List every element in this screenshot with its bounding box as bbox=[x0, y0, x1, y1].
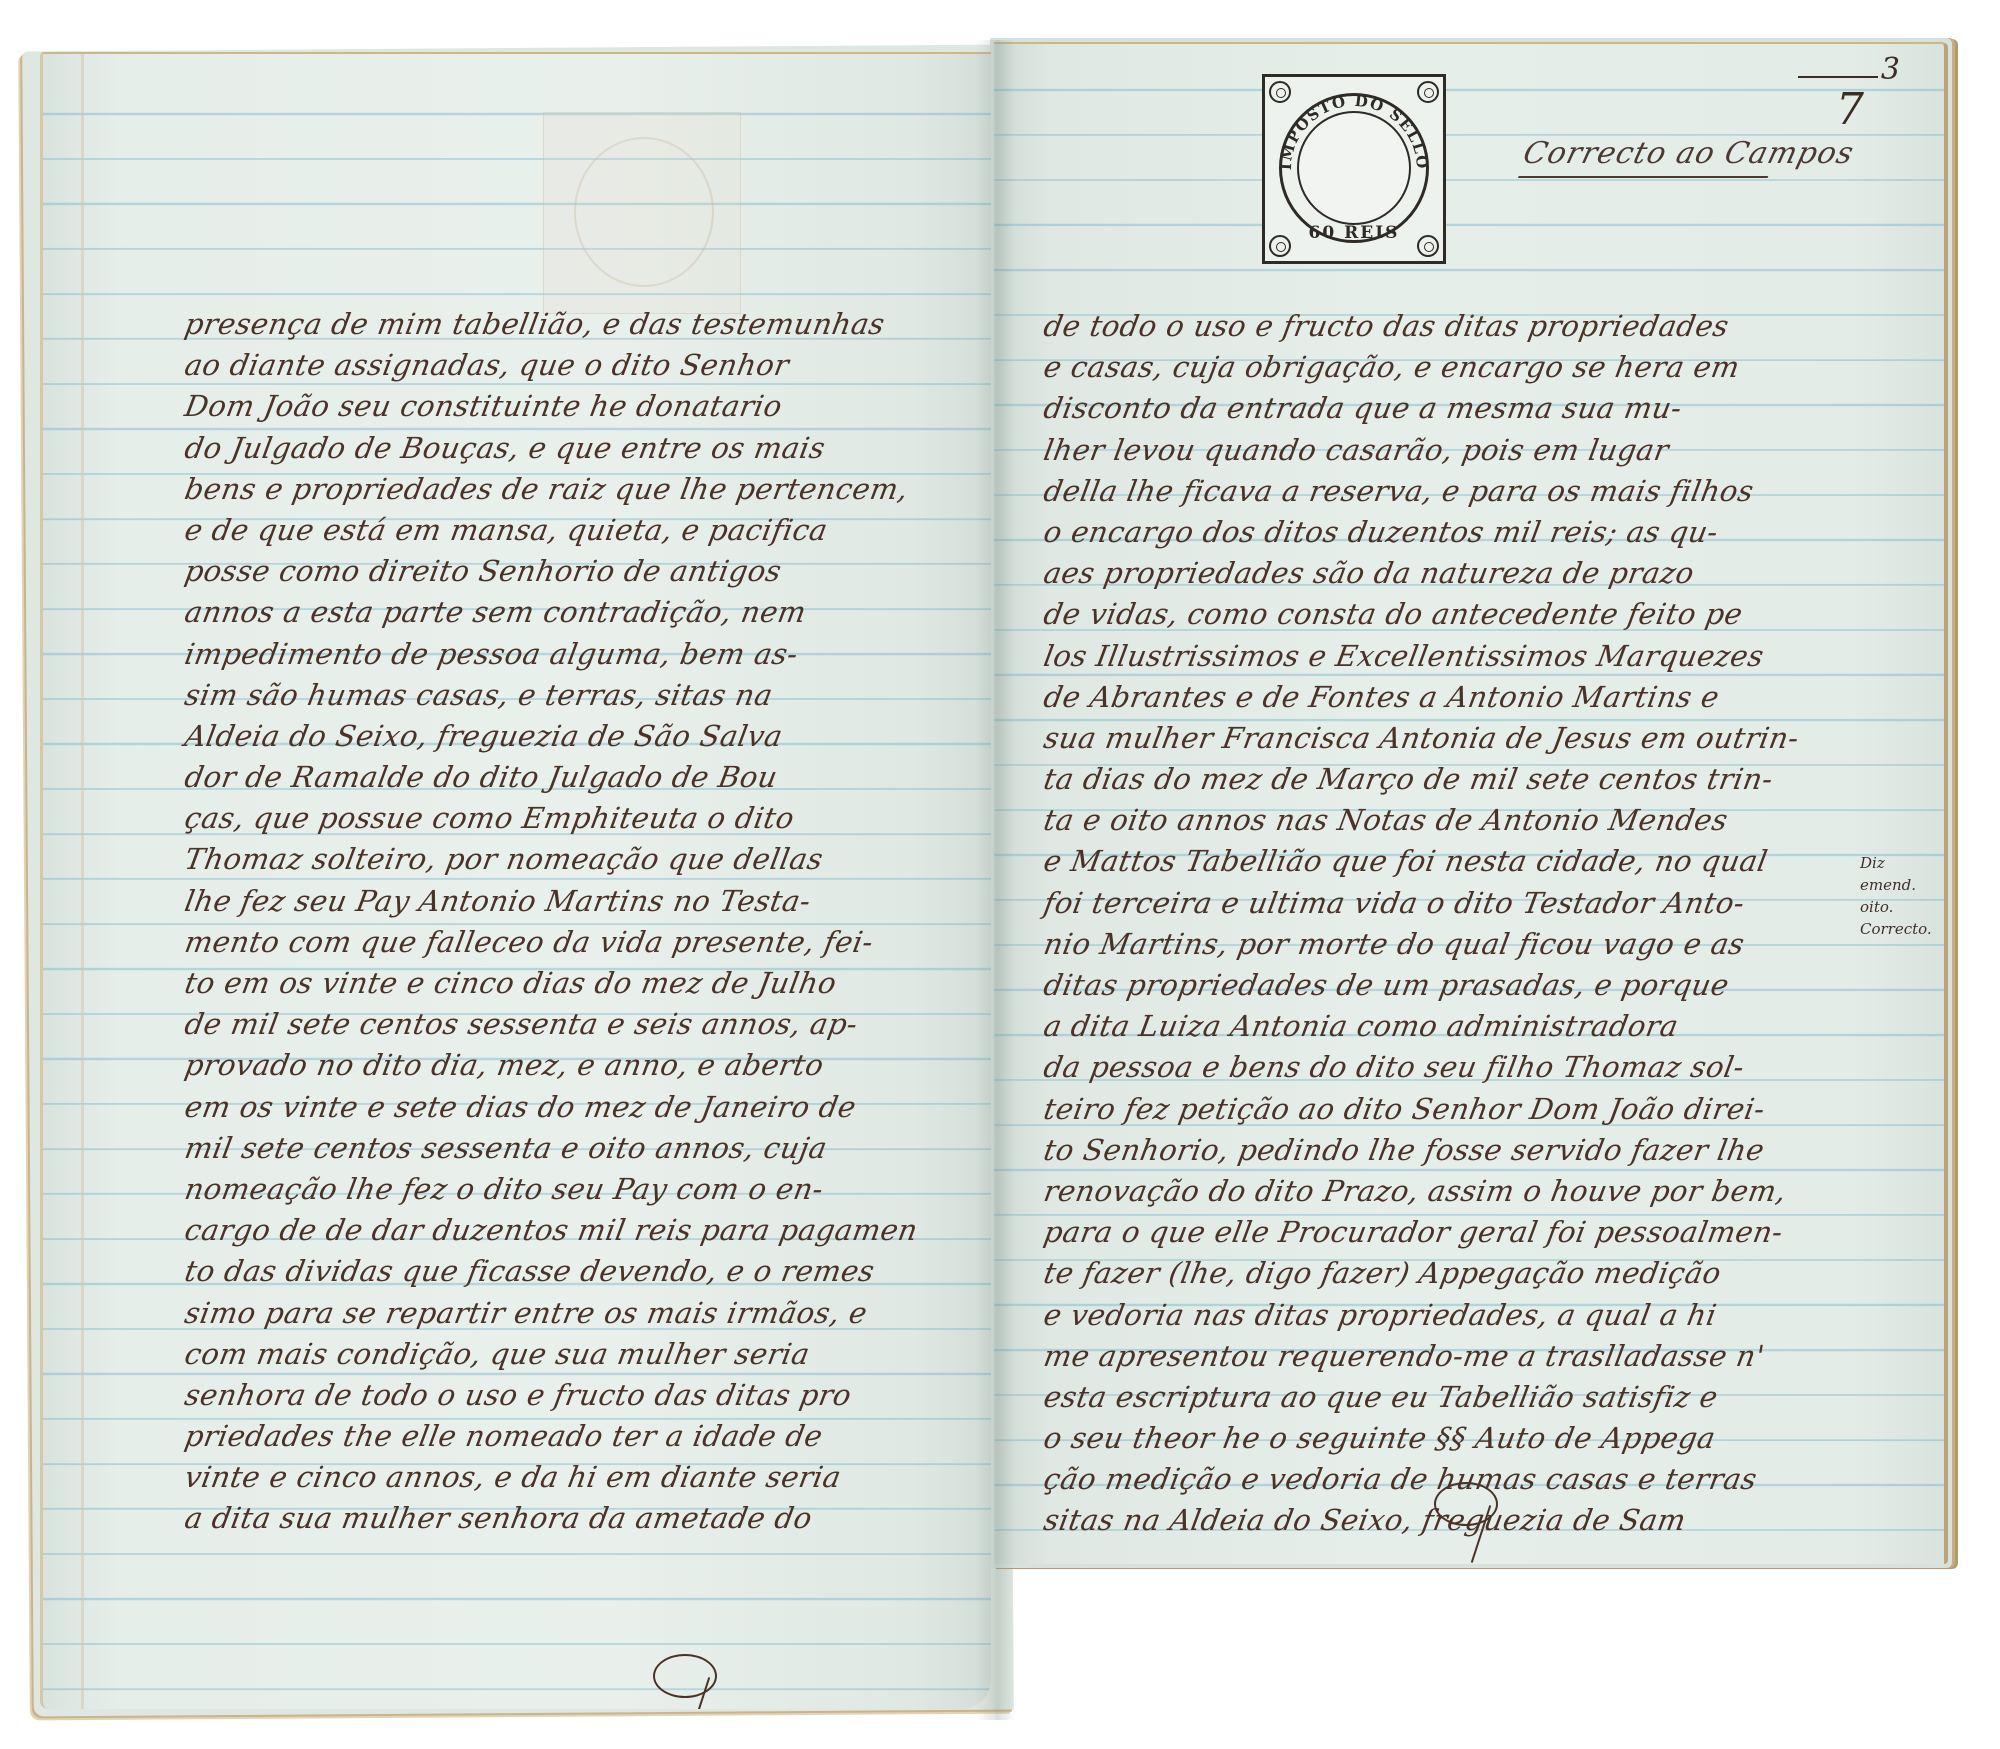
book-gutter bbox=[975, 40, 1015, 1720]
text-line: para o que elle Procurador geral foi pes… bbox=[1040, 1212, 1867, 1253]
left-page: presença de mim tabellião, e das testemu… bbox=[40, 52, 991, 1709]
text-line: lhe fez seu Pay Antonio Martins no Testa… bbox=[181, 881, 988, 922]
margin-rule bbox=[81, 54, 84, 1709]
text-line: e casas, cuja obrigação, e encargo se he… bbox=[1040, 347, 1867, 388]
text-line: teiro fez petição ao dito Senhor Dom Joã… bbox=[1040, 1089, 1867, 1130]
text-line: disconto da entrada que a mesma sua mu- bbox=[1040, 388, 1867, 429]
text-line: da pessoa e bens do dito seu filho Thoma… bbox=[1040, 1047, 1867, 1088]
text-line: to das dividas que ficasse devendo, e o … bbox=[181, 1251, 988, 1292]
stamp-bleed-ring bbox=[574, 137, 714, 287]
text-line: Thomaz solteiro, por nomeação que dellas bbox=[181, 839, 988, 880]
text-line: e Mattos Tabellião que foi nesta cidade,… bbox=[1040, 841, 1867, 882]
text-line: e de que está em mansa, quieta, e pacifi… bbox=[181, 510, 988, 551]
text-line: priedades the elle nomeado ter a idade d… bbox=[181, 1416, 988, 1457]
text-line: me apresentou requerendo-me a traslladas… bbox=[1040, 1336, 1867, 1377]
text-line: to Senhorio, pedindo lhe fosse servido f… bbox=[1040, 1130, 1867, 1171]
text-line: bens e propriedades de raiz que lhe pert… bbox=[181, 469, 988, 510]
text-line: nomeação lhe fez o dito seu Pay com o en… bbox=[181, 1169, 988, 1210]
right-page-text: de todo o uso e fructo das ditas proprie… bbox=[1044, 306, 1864, 1542]
text-line: foi terceira e ultima vida o dito Testad… bbox=[1040, 883, 1867, 924]
text-line: lher levou quando casarão, pois em lugar bbox=[1040, 430, 1867, 471]
margin-note-line: Correcto. bbox=[1860, 918, 1944, 940]
text-line: impedimento de pessoa alguma, bem as- bbox=[181, 634, 988, 675]
folio-number: 7 bbox=[1836, 84, 1864, 135]
text-line: sua mulher Francisca Antonia de Jesus em… bbox=[1040, 718, 1867, 759]
text-line: a dita sua mulher senhora da ametade do bbox=[181, 1498, 988, 1539]
text-line: e vedoria nas ditas propriedades, a qual… bbox=[1040, 1295, 1867, 1336]
folio-number-top: 3 bbox=[1881, 52, 1900, 87]
text-line: do Julgado de Bouças, e que entre os mai… bbox=[181, 428, 988, 469]
left-page-text: presença de mim tabellião, e das testemu… bbox=[185, 304, 985, 1540]
text-line: cargo de de dar duzentos mil reis para p… bbox=[181, 1210, 988, 1251]
closing-flourish-mark bbox=[1434, 1482, 1498, 1526]
margin-correction-note: Diz emend. oito. Correcto. bbox=[1860, 852, 1944, 940]
text-line: ta dias do mez de Março de mil sete cent… bbox=[1040, 759, 1867, 800]
revenue-stamp: IMPOSTO DO SELLO 60 REIS bbox=[1262, 74, 1446, 264]
text-line: posse como direito Senhorio de antigos bbox=[181, 551, 988, 592]
text-line: de todo o uso e fructo das ditas proprie… bbox=[1040, 306, 1867, 347]
text-line: ao diante assignadas, que o dito Senhor bbox=[181, 345, 988, 386]
text-line: annos a esta parte sem contradição, nem bbox=[181, 592, 988, 633]
text-line: de vidas, como consta do antecedente fei… bbox=[1040, 594, 1867, 635]
text-line: mil sete centos sessenta e oito annos, c… bbox=[181, 1128, 988, 1169]
text-line: sim são humas casas, e terras, sitas na bbox=[181, 675, 988, 716]
text-line: los Illustrissimos e Excellentissimos Ma… bbox=[1040, 636, 1867, 677]
text-line: a dita Luiza Antonia como administradora bbox=[1040, 1006, 1867, 1047]
text-line: te fazer (lhe, digo fazer) Appegação med… bbox=[1040, 1253, 1867, 1294]
text-line: vinte e cinco annos, e da hi em diante s… bbox=[181, 1457, 988, 1498]
text-line: della lhe ficava a reserva, e para os ma… bbox=[1040, 471, 1867, 512]
text-line: provado no dito dia, mez, e anno, e aber… bbox=[181, 1045, 988, 1086]
text-line: o encargo dos ditos duzentos mil reis; a… bbox=[1040, 512, 1867, 553]
text-line: presença de mim tabellião, e das testemu… bbox=[181, 304, 988, 345]
text-line: to em os vinte e cinco dias do mez de Ju… bbox=[181, 963, 988, 1004]
text-line: Dom João seu constituinte he donatario bbox=[181, 386, 988, 427]
text-line: de mil sete centos sessenta e seis annos… bbox=[181, 1004, 988, 1045]
margin-note-line: Diz emend. bbox=[1860, 852, 1944, 896]
text-line: aes propriedades são da natureza de praz… bbox=[1040, 553, 1867, 594]
svg-text:IMPOSTO DO SELLO: IMPOSTO DO SELLO bbox=[1277, 92, 1431, 171]
stamp-value: 60 REIS bbox=[1265, 223, 1443, 243]
text-line: em os vinte e sete dias do mez de Janeir… bbox=[181, 1087, 988, 1128]
text-line: o seu theor he o seguinte §§ Auto de App… bbox=[1040, 1418, 1867, 1459]
text-line: renovação do dito Prazo, assim o houve p… bbox=[1040, 1171, 1867, 1212]
text-line: simo para se repartir entre os mais irmã… bbox=[181, 1293, 988, 1334]
text-line: senhora de todo o uso e fructo das ditas… bbox=[181, 1375, 988, 1416]
open-ledger-book: presença de mim tabellião, e das testemu… bbox=[0, 0, 2000, 1749]
text-line: dor de Ramalde do dito Julgado de Bou bbox=[181, 757, 988, 798]
text-line: com mais condição, que sua mulher seria bbox=[181, 1334, 988, 1375]
text-line: esta escriptura ao que eu Tabellião sati… bbox=[1040, 1377, 1867, 1418]
text-line: ditas propriedades de um prasadas, e por… bbox=[1040, 965, 1867, 1006]
right-page: IMPOSTO DO SELLO 60 REIS Correcto ao Cam… bbox=[994, 42, 1948, 1564]
text-line: de Abrantes e de Fontes a Antonio Martin… bbox=[1040, 677, 1867, 718]
text-line: mento com que falleceo da vida presente,… bbox=[181, 922, 988, 963]
margin-note-line: oito. bbox=[1860, 896, 1944, 918]
text-line: Aldeia do Seixo, freguezia de São Salva bbox=[181, 716, 988, 757]
stamp-bleed-through bbox=[543, 112, 741, 314]
closing-flourish-mark bbox=[653, 1654, 717, 1698]
top-annotation: Correcto ao Campos bbox=[1520, 136, 1858, 171]
text-line: nio Martins, por morte do qual ficou vag… bbox=[1040, 924, 1867, 965]
text-line: ta e oito annos nas Notas de Antonio Men… bbox=[1040, 800, 1867, 841]
text-line: ças, que possue como Emphiteuta o dito bbox=[181, 798, 988, 839]
